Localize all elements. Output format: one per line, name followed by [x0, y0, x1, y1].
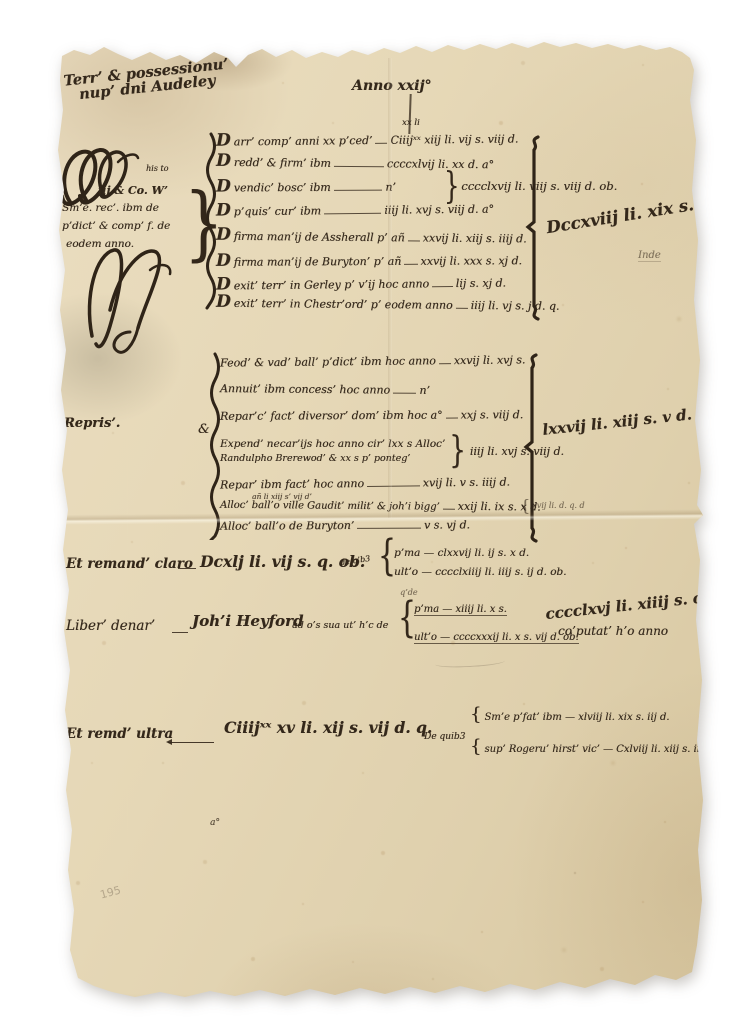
parchment-sheet: Terr’ & possessionu’ nup’ dni Audeley An…: [0, 0, 752, 1024]
leader-line: [357, 528, 421, 529]
remainder-ultra-sub1: { Sm’e p’fat’ ibm — xlviij li. xix s. ii…: [470, 704, 669, 725]
photo-stage: Terr’ & possessionu’ nup’ dni Audeley An…: [0, 0, 752, 1024]
leader-line: [404, 264, 417, 265]
initial-letter: D: [216, 156, 231, 168]
entry-amount: lij s. xj d.: [456, 277, 506, 290]
sub-brace: {: [470, 704, 481, 725]
leader-line: [456, 308, 468, 309]
sub-text: Sm’e p’fat’ ibm — xlviij li. xix s. iij …: [484, 712, 669, 723]
dash-line: [178, 568, 196, 569]
entry-text: firma man’ij de Buryton’ p’ añ: [234, 256, 402, 269]
combined-brace: }: [444, 165, 459, 207]
foxing-spots: [0, 0, 2, 2]
leader-line: [334, 190, 383, 191]
monogram-flourish: [80, 240, 180, 360]
entry-text: Repar’ ibm fact’ hoc anno: [220, 478, 364, 492]
liberatio-sub1: p’ma — xiiij li. x s.: [414, 604, 507, 616]
anno-flourish-stroke: [408, 94, 411, 134]
arrowhead: [166, 739, 172, 745]
entry-amount: iiij li. xvj s. viij d.: [470, 445, 564, 458]
margin-note-superscript: his to: [146, 164, 168, 173]
leader-line: [324, 213, 381, 215]
reprise-row: Repar’ ibm fact’ hoc anno xvij li. v s. …: [220, 476, 510, 491]
entry-text2: Randulpho Brerewod’ & xx s p’ ponteg’: [220, 453, 445, 464]
entry-amount: ccccxlvij li. xx d. a°: [387, 158, 494, 171]
entry-amount: iiij li. xvj s. viij d. a°: [384, 204, 494, 217]
pencil-number: 195: [99, 884, 123, 902]
reprise-label: Repris’.: [64, 416, 120, 431]
initial-letter: D: [216, 135, 231, 147]
initial-letter: D: [216, 297, 231, 309]
leader-line: [393, 393, 416, 394]
dash-line: [172, 632, 188, 633]
charge-row: D exit’ terr’ in Chestr’ord’ p’ eodem an…: [216, 297, 516, 313]
margin-note-line3: p’dict’ & comp’ f. de: [62, 220, 170, 232]
initial-letter: D: [216, 205, 231, 217]
entry-amount: iiij li. vj s. j d. q.: [471, 300, 560, 313]
entry-amount: xxvij li. xxx s. xj d.: [420, 255, 522, 268]
reprise-total: lxxvij li. xiij s. v d. q.: [542, 403, 714, 439]
liberatio-text: ad o’s sua ut’ h’c de: [292, 620, 388, 631]
charge-total-bracket: [524, 134, 544, 322]
leader-line: [446, 418, 458, 419]
liberatio-sub2: ult’o — ccccxxxij li. x s. vij d. ob.: [414, 632, 579, 644]
entry-amount: Ciiijˣˣ xiij li. vij s. viij d.: [390, 133, 518, 146]
leader-line: [367, 485, 420, 487]
remainder-ultra-amount: Ciiijˣˣ xv li. xij s. vij d. q.: [224, 718, 432, 737]
initial-letter: D: [216, 230, 231, 242]
leader-line: [432, 286, 453, 287]
vertical-fold-crease: [388, 58, 392, 518]
pencil-squiggle: [435, 656, 505, 669]
entry-text: firma man’ij de Assherall p’ añ: [234, 231, 405, 245]
entry-amount: xxvij li. xiij s. iiij d.: [423, 232, 527, 245]
entry-text: Expend’ necar’ijs hoc anno cir’ lxx s Al…: [220, 438, 445, 450]
charge-row: D exit’ terr’ in Gerley p’ v’ij hoc anno…: [216, 276, 506, 292]
sub-text: sup’ Rogeru’ hirst’ vic’ — Cxlviij li. x…: [484, 744, 719, 755]
entry-text: exit’ terr’ in Gerley p’ v’ij hoc anno: [234, 278, 429, 292]
arrow-line: [168, 742, 214, 743]
entry-text: Repar’c’ fact’ diversor’ dom’ ibm hoc a°: [220, 410, 443, 423]
liberatio-label: Liber’ denar’: [66, 618, 155, 634]
liberatio-payee: Joh’i Heyford: [192, 612, 303, 630]
entry-text: Alloc’ ball’o ville Gaudit’ milit’ & joh…: [220, 500, 440, 513]
margin-note-line1: iij & Co. W’: [98, 184, 168, 197]
remainder-ultra-label: Et remd’ ultra: [66, 726, 173, 742]
leader-line: [443, 509, 455, 510]
liberatio-total: cccclxvj li. xiiij s. ob.: [545, 587, 720, 623]
liberatio-total-note: co’putat’ h’o anno: [558, 624, 668, 638]
remainder-ultra-sub2: { sup’ Rogeru’ hirst’ vic’ — Cxlviij li.…: [470, 736, 719, 757]
entry-amount: xxvij li. xvj s.: [454, 354, 526, 367]
reprise-row: Feod’ & vad’ ball’ p’dict’ ibm hoc anno …: [220, 354, 512, 369]
initial-letter: D: [216, 256, 231, 268]
entry-text: vendic’ bosc’ ibm: [234, 182, 331, 195]
remainder-clear-sub2: ult’o — cccclxiiij li. iiij s. ij d. ob.: [394, 566, 567, 578]
entry-text: Annuit’ ibm concess’ hoc anno: [220, 383, 390, 397]
stray-ink-mark: a°: [210, 818, 220, 828]
entry-text: redd’ & firm’ ibm: [234, 157, 331, 170]
entry-text: exit’ terr’ in Chestr’ord’ p’ eodem anno: [234, 298, 453, 312]
charge-total-note: Inde: [638, 250, 661, 262]
leader-line: [439, 363, 451, 364]
entry-amount: xvij li. v s. iiij d.: [423, 476, 510, 489]
margin-note-line2: Sm’e. rec’. ibm de: [62, 202, 159, 214]
page-title: Terr’ & possessionu’ nup’ dni Audeley: [63, 55, 231, 104]
entry-text: Feod’ & vad’ ball’ p’dict’ ibm hoc anno: [220, 355, 436, 369]
charge-row: D arr’ comp’ anni xx p’ced’ Ciiijˣˣ xiij…: [216, 132, 516, 148]
double-entry-lines: Expend’ necar’ijs hoc anno cir’ lxx s Al…: [220, 438, 445, 464]
entry-text: p’quis’ cur’ ibm: [234, 205, 321, 218]
remainder-clear-label: Et remand’ claro: [66, 556, 193, 572]
entry-amount: xxj s. viij d.: [461, 409, 524, 421]
reprise-row: Annuit’ ibm concess’ hoc anno n’: [220, 383, 430, 397]
double-entry-brace: }: [449, 430, 466, 472]
charge-row: D vendic’ bosc’ ibm n’: [216, 181, 396, 195]
remainder-clear-sub1: p’ma — clxxvij li. ij s. x d.: [394, 547, 529, 559]
leader-line: [375, 143, 387, 144]
remainder-ultra-superscript: De quib3: [424, 732, 465, 742]
entry-text: arr’ comp’ anni xx p’ced’: [234, 135, 373, 149]
initial-letter: D: [216, 279, 231, 291]
charge-row1-superscript: xx li: [402, 118, 420, 128]
sub-brace: {: [470, 736, 481, 757]
reprise-row: Repar’c’ fact’ diversor’ dom’ ibm hoc a°…: [220, 409, 514, 423]
initial-letter: D: [216, 181, 231, 193]
leader-line: [334, 166, 384, 167]
entry-amount: n’: [419, 385, 430, 397]
charge-row: D firma man’ij de Buryton’ p’ añ xxvij l…: [216, 254, 522, 269]
charge-row: D firma man’ij de Assherall p’ añ xxvij …: [216, 230, 522, 246]
leader-line: [408, 240, 420, 241]
